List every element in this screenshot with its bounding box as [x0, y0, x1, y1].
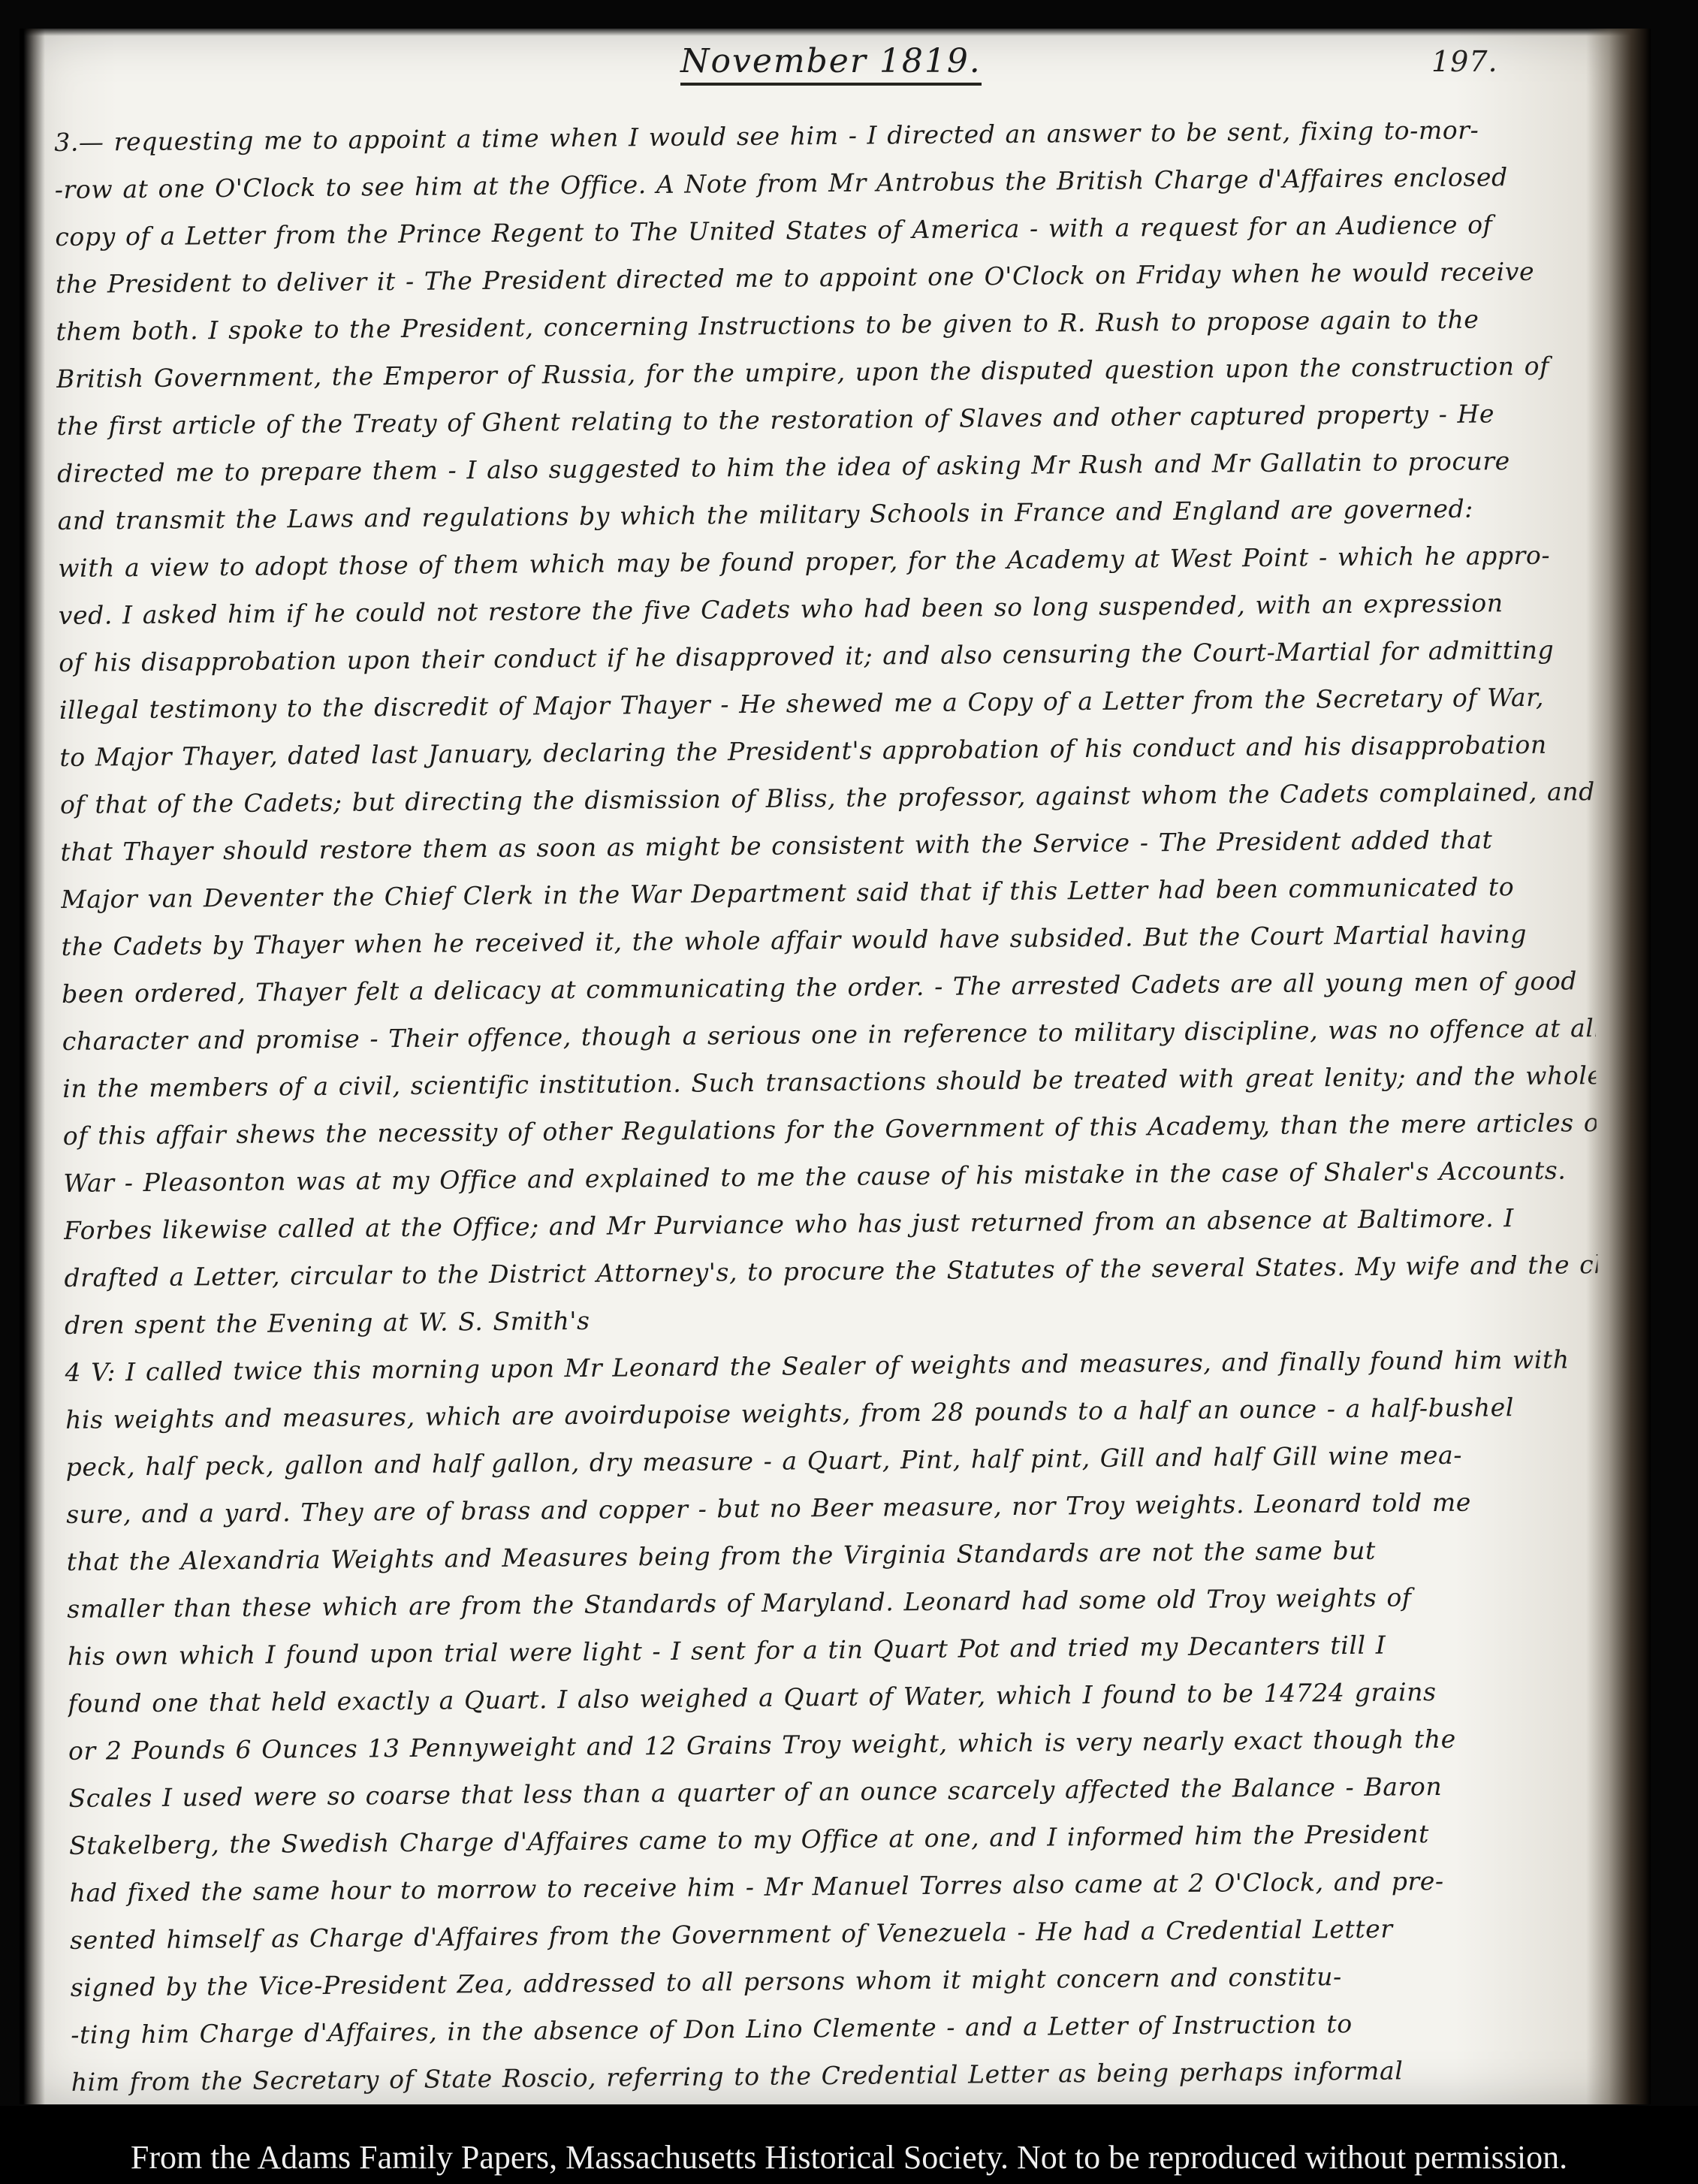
- page-heading: November 1819.: [680, 42, 982, 86]
- footer-bar: From the Adams Family Papers, Massachuse…: [0, 2106, 1698, 2184]
- page-number: 197.: [1431, 45, 1498, 78]
- manuscript-text-block: 3.— requesting me to appoint a time when…: [54, 105, 1605, 2104]
- page-top-shadow: [20, 29, 1651, 36]
- right-page-edge-shadow: [1586, 29, 1651, 2104]
- manuscript-page: November 1819. 197. 3.— requesting me to…: [20, 29, 1651, 2104]
- left-binding-shadow: [20, 29, 45, 2104]
- footer-caption: From the Adams Family Papers, Massachuse…: [131, 2138, 1567, 2184]
